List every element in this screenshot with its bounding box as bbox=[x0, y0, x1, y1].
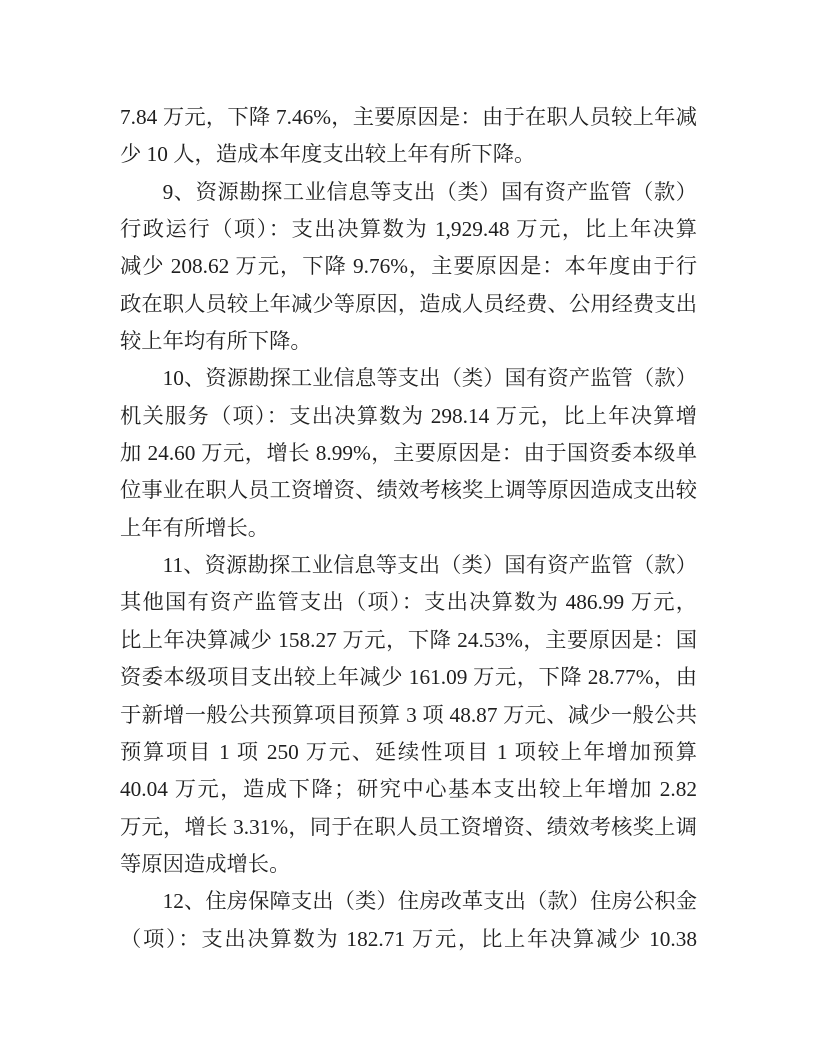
text-line: 10、资源勘探工业信息等支出（类）国有资产监管（款） bbox=[120, 360, 697, 397]
text-line: 等原因造成增长。 bbox=[120, 846, 697, 883]
text-line: 政在职人员较上年减少等原因，造成人员经费、公用经费支出 bbox=[120, 286, 697, 323]
text-line: 机关服务（项）：支出决算数为 298.14 万元，比上年决算增 bbox=[120, 398, 697, 435]
text-line: 9、资源勘探工业信息等支出（类）国有资产监管（款） bbox=[120, 174, 697, 211]
text-block: 7.84 万元，下降 7.46%，主要原因是：由于在职人员较上年减 少 10 人… bbox=[120, 99, 697, 958]
text-line: 加 24.60 万元，增长 8.99%，主要原因是：由于国资委本级单 bbox=[120, 435, 697, 472]
text-line: 预算项目 1 项 250 万元、延续性项目 1 项较上年增加预算 bbox=[120, 734, 697, 771]
paragraph-item-10: 10、资源勘探工业信息等支出（类）国有资产监管（款） 机关服务（项）：支出决算数… bbox=[120, 360, 697, 547]
text-line: 减少 208.62 万元，下降 9.76%，主要原因是：本年度由于行 bbox=[120, 248, 697, 285]
text-line: 11、资源勘探工业信息等支出（类）国有资产监管（款） bbox=[120, 547, 697, 584]
paragraph-continuation: 7.84 万元，下降 7.46%，主要原因是：由于在职人员较上年减 少 10 人… bbox=[120, 99, 697, 174]
document-page: 7.84 万元，下降 7.46%，主要原因是：由于在职人员较上年减 少 10 人… bbox=[0, 0, 816, 1056]
paragraph-item-12: 12、住房保障支出（类）住房改革支出（款）住房公积金 （项）：支出决算数为 18… bbox=[120, 883, 697, 958]
text-line: 上年有所增长。 bbox=[120, 510, 697, 547]
text-line: 万元，增长 3.31%，同于在职人员工资增资、绩效考核奖上调 bbox=[120, 809, 697, 846]
paragraph-item-9: 9、资源勘探工业信息等支出（类）国有资产监管（款） 行政运行（项）：支出决算数为… bbox=[120, 174, 697, 361]
text-line: 资委本级项目支出较上年减少 161.09 万元，下降 28.77%，由 bbox=[120, 659, 697, 696]
text-line: 其他国有资产监管支出（项）：支出决算数为 486.99 万元， bbox=[120, 584, 697, 621]
text-line: 比上年决算减少 158.27 万元，下降 24.53%，主要原因是：国 bbox=[120, 622, 697, 659]
text-line: 12、住房保障支出（类）住房改革支出（款）住房公积金 bbox=[120, 883, 697, 920]
text-line: 40.04 万元，造成下降；研究中心基本支出较上年增加 2.82 bbox=[120, 771, 697, 808]
text-line: 较上年均有所下降。 bbox=[120, 323, 697, 360]
text-line: 位事业在职人员工资增资、绩效考核奖上调等原因造成支出较 bbox=[120, 472, 697, 509]
paragraph-item-11: 11、资源勘探工业信息等支出（类）国有资产监管（款） 其他国有资产监管支出（项）… bbox=[120, 547, 697, 883]
text-line: 行政运行（项）：支出决算数为 1,929.48 万元，比上年决算 bbox=[120, 211, 697, 248]
text-line: 少 10 人，造成本年度支出较上年有所下降。 bbox=[120, 136, 697, 173]
text-line: 7.84 万元，下降 7.46%，主要原因是：由于在职人员较上年减 bbox=[120, 99, 697, 136]
text-line: （项）：支出决算数为 182.71 万元，比上年决算减少 10.38 bbox=[120, 921, 697, 958]
text-line: 于新增一般公共预算项目预算 3 项 48.87 万元、减少一般公共 bbox=[120, 697, 697, 734]
